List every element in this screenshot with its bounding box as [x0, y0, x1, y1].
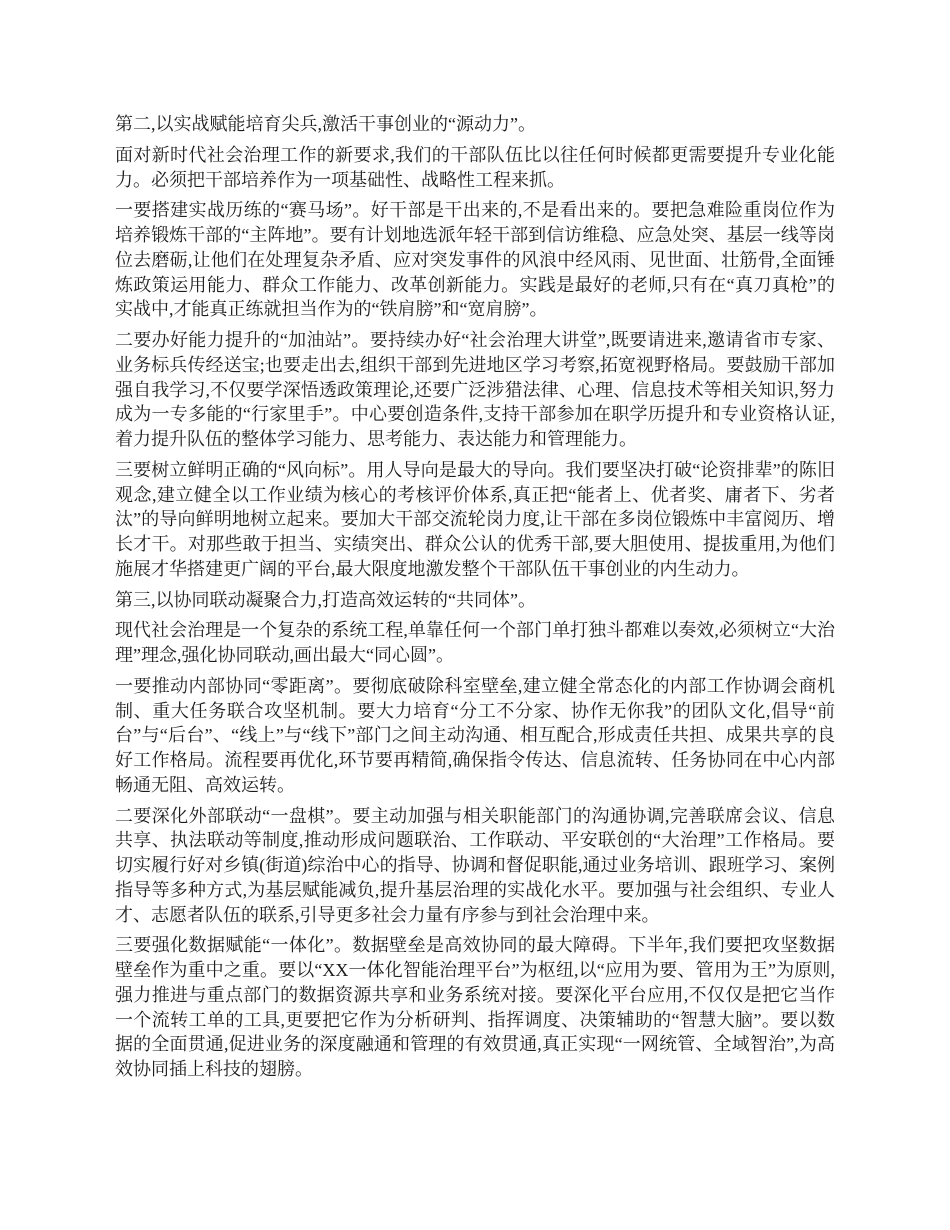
paragraph: 面对新时代社会治理工作的新要求,我们的干部队伍比以往任何时候都更需要提升专业化能…: [115, 143, 835, 193]
paragraph: 一要推动内部协同“零距离”。要彻底破除科室壁垒,建立健全常态化的内部工作协调会商…: [115, 674, 835, 798]
paragraph: 二要深化外部联动“一盘棋”。要主动加强与相关职能部门的沟通协调,完善联席会议、信…: [115, 804, 835, 928]
paragraph: 现代社会治理是一个复杂的系统工程,单靠任何一个部门单打独斗都难以奏效,必须树立“…: [115, 618, 835, 668]
paragraph: 一要搭建实战历练的“赛马场”。好干部是干出来的,不是看出来的。要把急难险重岗位作…: [115, 198, 835, 322]
paragraph-heading-2: 第二,以实战赋能培育尖兵,激活干事创业的“源动力”。: [115, 112, 835, 137]
paragraph-heading-3: 第三,以协同联动凝聚合力,打造高效运转的“共同体”。: [115, 588, 835, 613]
paragraph: 二要办好能力提升的“加油站”。要持续办好“社会治理大讲堂”,既要请进来,邀请省市…: [115, 328, 835, 452]
document-page: 第二,以实战赋能培育尖兵,激活干事创业的“源动力”。 面对新时代社会治理工作的新…: [0, 0, 950, 1230]
paragraph: 三要强化数据赋能“一体化”。数据壁垒是高效协同的最大障碍。下半年,我们要把攻坚数…: [115, 933, 835, 1082]
paragraph: 三要树立鲜明正确的“风向标”。用人导向是最大的导向。我们要坚决打破“论资排辈”的…: [115, 458, 835, 582]
